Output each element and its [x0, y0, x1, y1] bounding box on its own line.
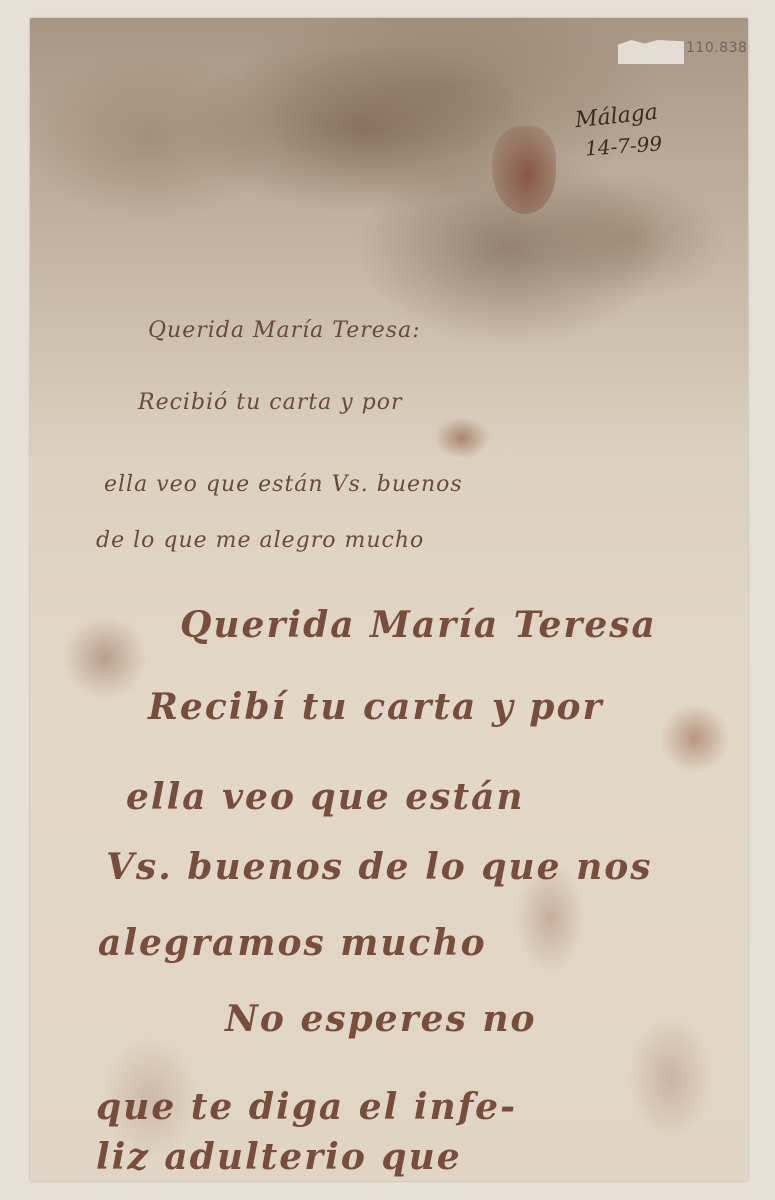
copy-line: que te diga el infe-	[96, 1086, 517, 1128]
copy-salutation: Querida María Teresa	[180, 604, 657, 646]
original-line: ella veo que están Vs. buenos	[104, 472, 463, 497]
reference-number: 110.838	[686, 40, 747, 56]
original-line: Recibió tu carta y por	[138, 390, 402, 415]
archive-label-patch	[618, 40, 684, 64]
letter-place: Málaga	[574, 100, 659, 134]
copy-line: Vs. buenos de lo que nos	[106, 846, 653, 888]
copy-line: Recibí tu carta y por	[148, 686, 603, 728]
copy-line: No esperes no	[225, 998, 537, 1040]
copy-line: ella veo que están	[126, 776, 525, 818]
copy-line: alegramos mucho	[98, 922, 487, 964]
letter-paper: 110.838 Málaga 14-7-99 Querida María Ter…	[30, 18, 748, 1181]
ink-stain	[492, 126, 556, 214]
original-salutation: Querida María Teresa:	[148, 318, 421, 343]
original-line: de lo que me alegro mucho	[96, 528, 424, 553]
letter-date: 14-7-99	[584, 131, 663, 160]
copy-line: liz adulterio que	[96, 1136, 462, 1178]
